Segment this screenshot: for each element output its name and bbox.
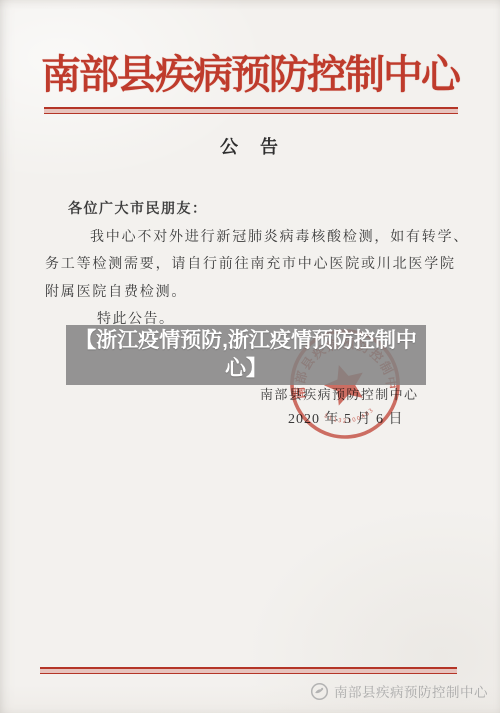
letterhead-divider-line xyxy=(44,107,458,114)
watermark-text: 南部县疾病预防控制中心 xyxy=(334,681,488,701)
body-line: 我中心不对外进行新冠肺炎病毒核酸检测，如有转学、 xyxy=(45,224,456,252)
caption-overlay-bar: 【浙江疫情预防,浙江疫情预防控制中心】 xyxy=(66,325,426,385)
caption-text: 【浙江疫情预防,浙江疫情预防控制中心】 xyxy=(66,327,426,383)
cdc-emblem-icon xyxy=(310,682,329,701)
seal-serial-number: 51132100463 xyxy=(322,406,377,427)
svg-text:51132100463: 51132100463 xyxy=(322,406,377,427)
watermark: 南部县疾病预防控制中心 xyxy=(310,681,488,701)
body-line: 务工等检测需要，请自行前往南充市中心医院或川北医学院 xyxy=(45,251,456,279)
document-photo: 南部县疾病预防控制中心 公 告 各位广大市民朋友： 我中心不对外进行新冠肺炎病毒… xyxy=(0,0,500,713)
letterhead-org-title: 南部县疾病预防控制中心 xyxy=(0,52,500,98)
notice-heading: 公 告 xyxy=(0,135,500,159)
salutation-line: 各位广大市民朋友： xyxy=(45,196,456,224)
footer-divider-line xyxy=(40,667,457,674)
body-line: 附属医院自费检测。 xyxy=(45,279,456,307)
